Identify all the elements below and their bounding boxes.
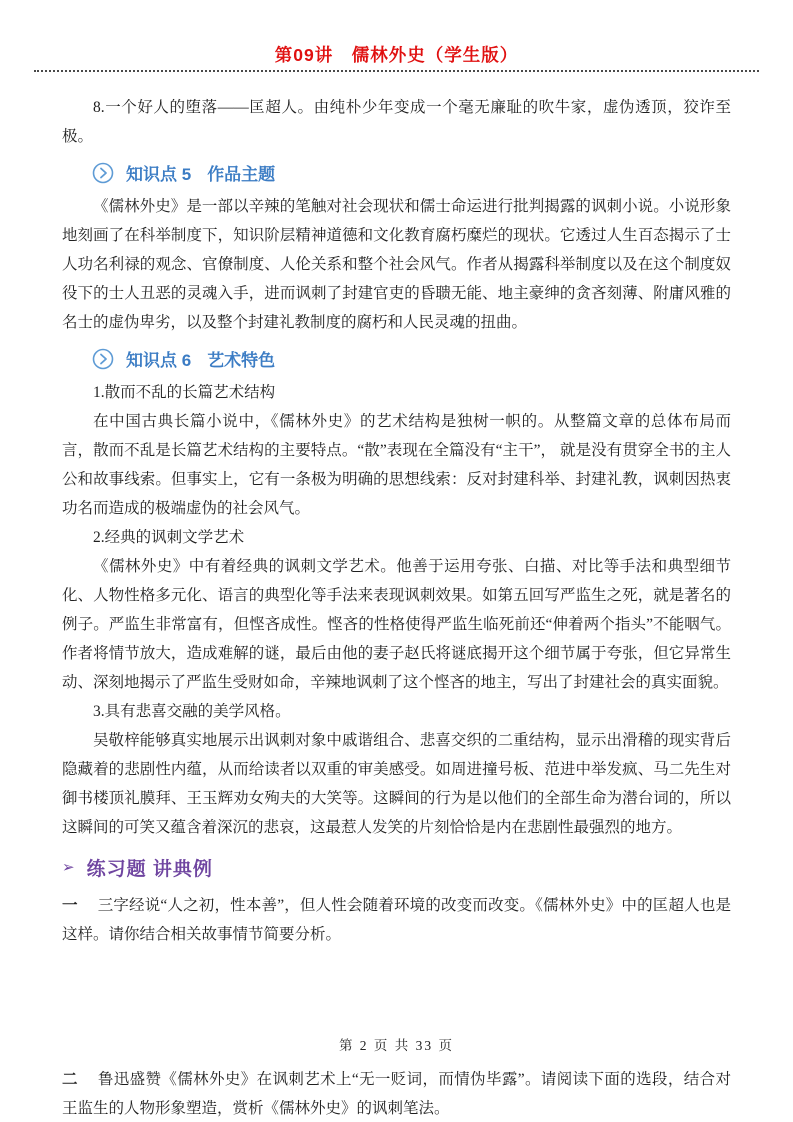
kp6-point1-title: 1.散而不乱的长篇艺术结构	[62, 378, 731, 407]
page-number-footer: 第 2 页 共 33 页	[0, 1034, 793, 1054]
question-1-number: 一	[62, 897, 78, 914]
document-body: 8.一个好人的堕落——匡超人。由纯朴少年变成一个毫无廉耻的吹牛家，虚伪透顶，狡诈…	[0, 93, 793, 1122]
knowledge-point-5-label: 知识点 5	[126, 160, 191, 185]
intro-item-8: 8.一个好人的堕落——匡超人。由纯朴少年变成一个毫无廉耻的吹牛家，虚伪透顶，狡诈…	[62, 93, 731, 151]
question-2-number: 二	[62, 1071, 78, 1088]
kp6-point3-text: 吴敬梓能够真实地展示出讽刺对象中戚谐组合、悲喜交织的二重结构，显示出滑稽的现实背…	[62, 726, 731, 842]
page-title: 第09讲 儒林外史（学生版）	[275, 45, 518, 65]
question-2-text: 鲁迅盛赞《儒林外史》在讽刺艺术上“无一贬词，而情伪毕露”。请阅读下面的选段，结合…	[62, 1071, 731, 1117]
question-1: 一三字经说“人之初，性本善”，但人性会随着环境的改变而改变。《儒林外史》中的匡超…	[62, 891, 731, 949]
kp5-paragraph: 《儒林外史》是一部以辛辣的笔触对社会现状和儒士命运进行批判揭露的讽刺小说。小说形…	[62, 192, 731, 337]
document-page: 第09讲 儒林外史（学生版） 8.一个好人的堕落——匡超人。由纯朴少年变成一个毫…	[0, 0, 793, 1122]
knowledge-point-6-title: 艺术特色	[207, 346, 275, 371]
question-2: 二鲁迅盛赞《儒林外史》在讽刺艺术上“无一贬词，而情伪毕露”。请阅读下面的选段，结…	[62, 1065, 731, 1122]
knowledge-point-6-heading: 知识点 6 艺术特色	[92, 346, 731, 371]
kp6-point1-text: 在中国古典长篇小说中，《儒林外史》的艺术结构是独树一帜的。从整篇文章的总体布局而…	[62, 407, 731, 523]
question-1-text: 三字经说“人之初，性本善”，但人性会随着环境的改变而改变。《儒林外史》中的匡超人…	[62, 897, 731, 943]
circle-arrow-icon	[92, 162, 114, 184]
header-divider	[34, 70, 759, 72]
knowledge-point-5-heading: 知识点 5 作品主题	[92, 160, 731, 185]
knowledge-point-6-label: 知识点 6	[126, 346, 191, 371]
document-header: 第09讲 儒林外史（学生版）	[0, 0, 793, 67]
arrowhead-icon: ➢	[62, 860, 75, 875]
knowledge-point-5-title: 作品主题	[207, 160, 275, 185]
exercise-section-title: 练习题 讲典例	[87, 854, 213, 881]
kp6-point2-title: 2.经典的讽刺文学艺术	[62, 523, 731, 552]
circle-arrow-icon	[92, 348, 114, 370]
kp6-point2-text: 《儒林外史》中有着经典的讽刺文学艺术。他善于运用夸张、白描、对比等手法和典型细节…	[62, 552, 731, 697]
kp6-point3-title: 3.具有悲喜交融的美学风格。	[62, 697, 731, 726]
exercise-section-heading: ➢ 练习题 讲典例	[62, 854, 731, 881]
